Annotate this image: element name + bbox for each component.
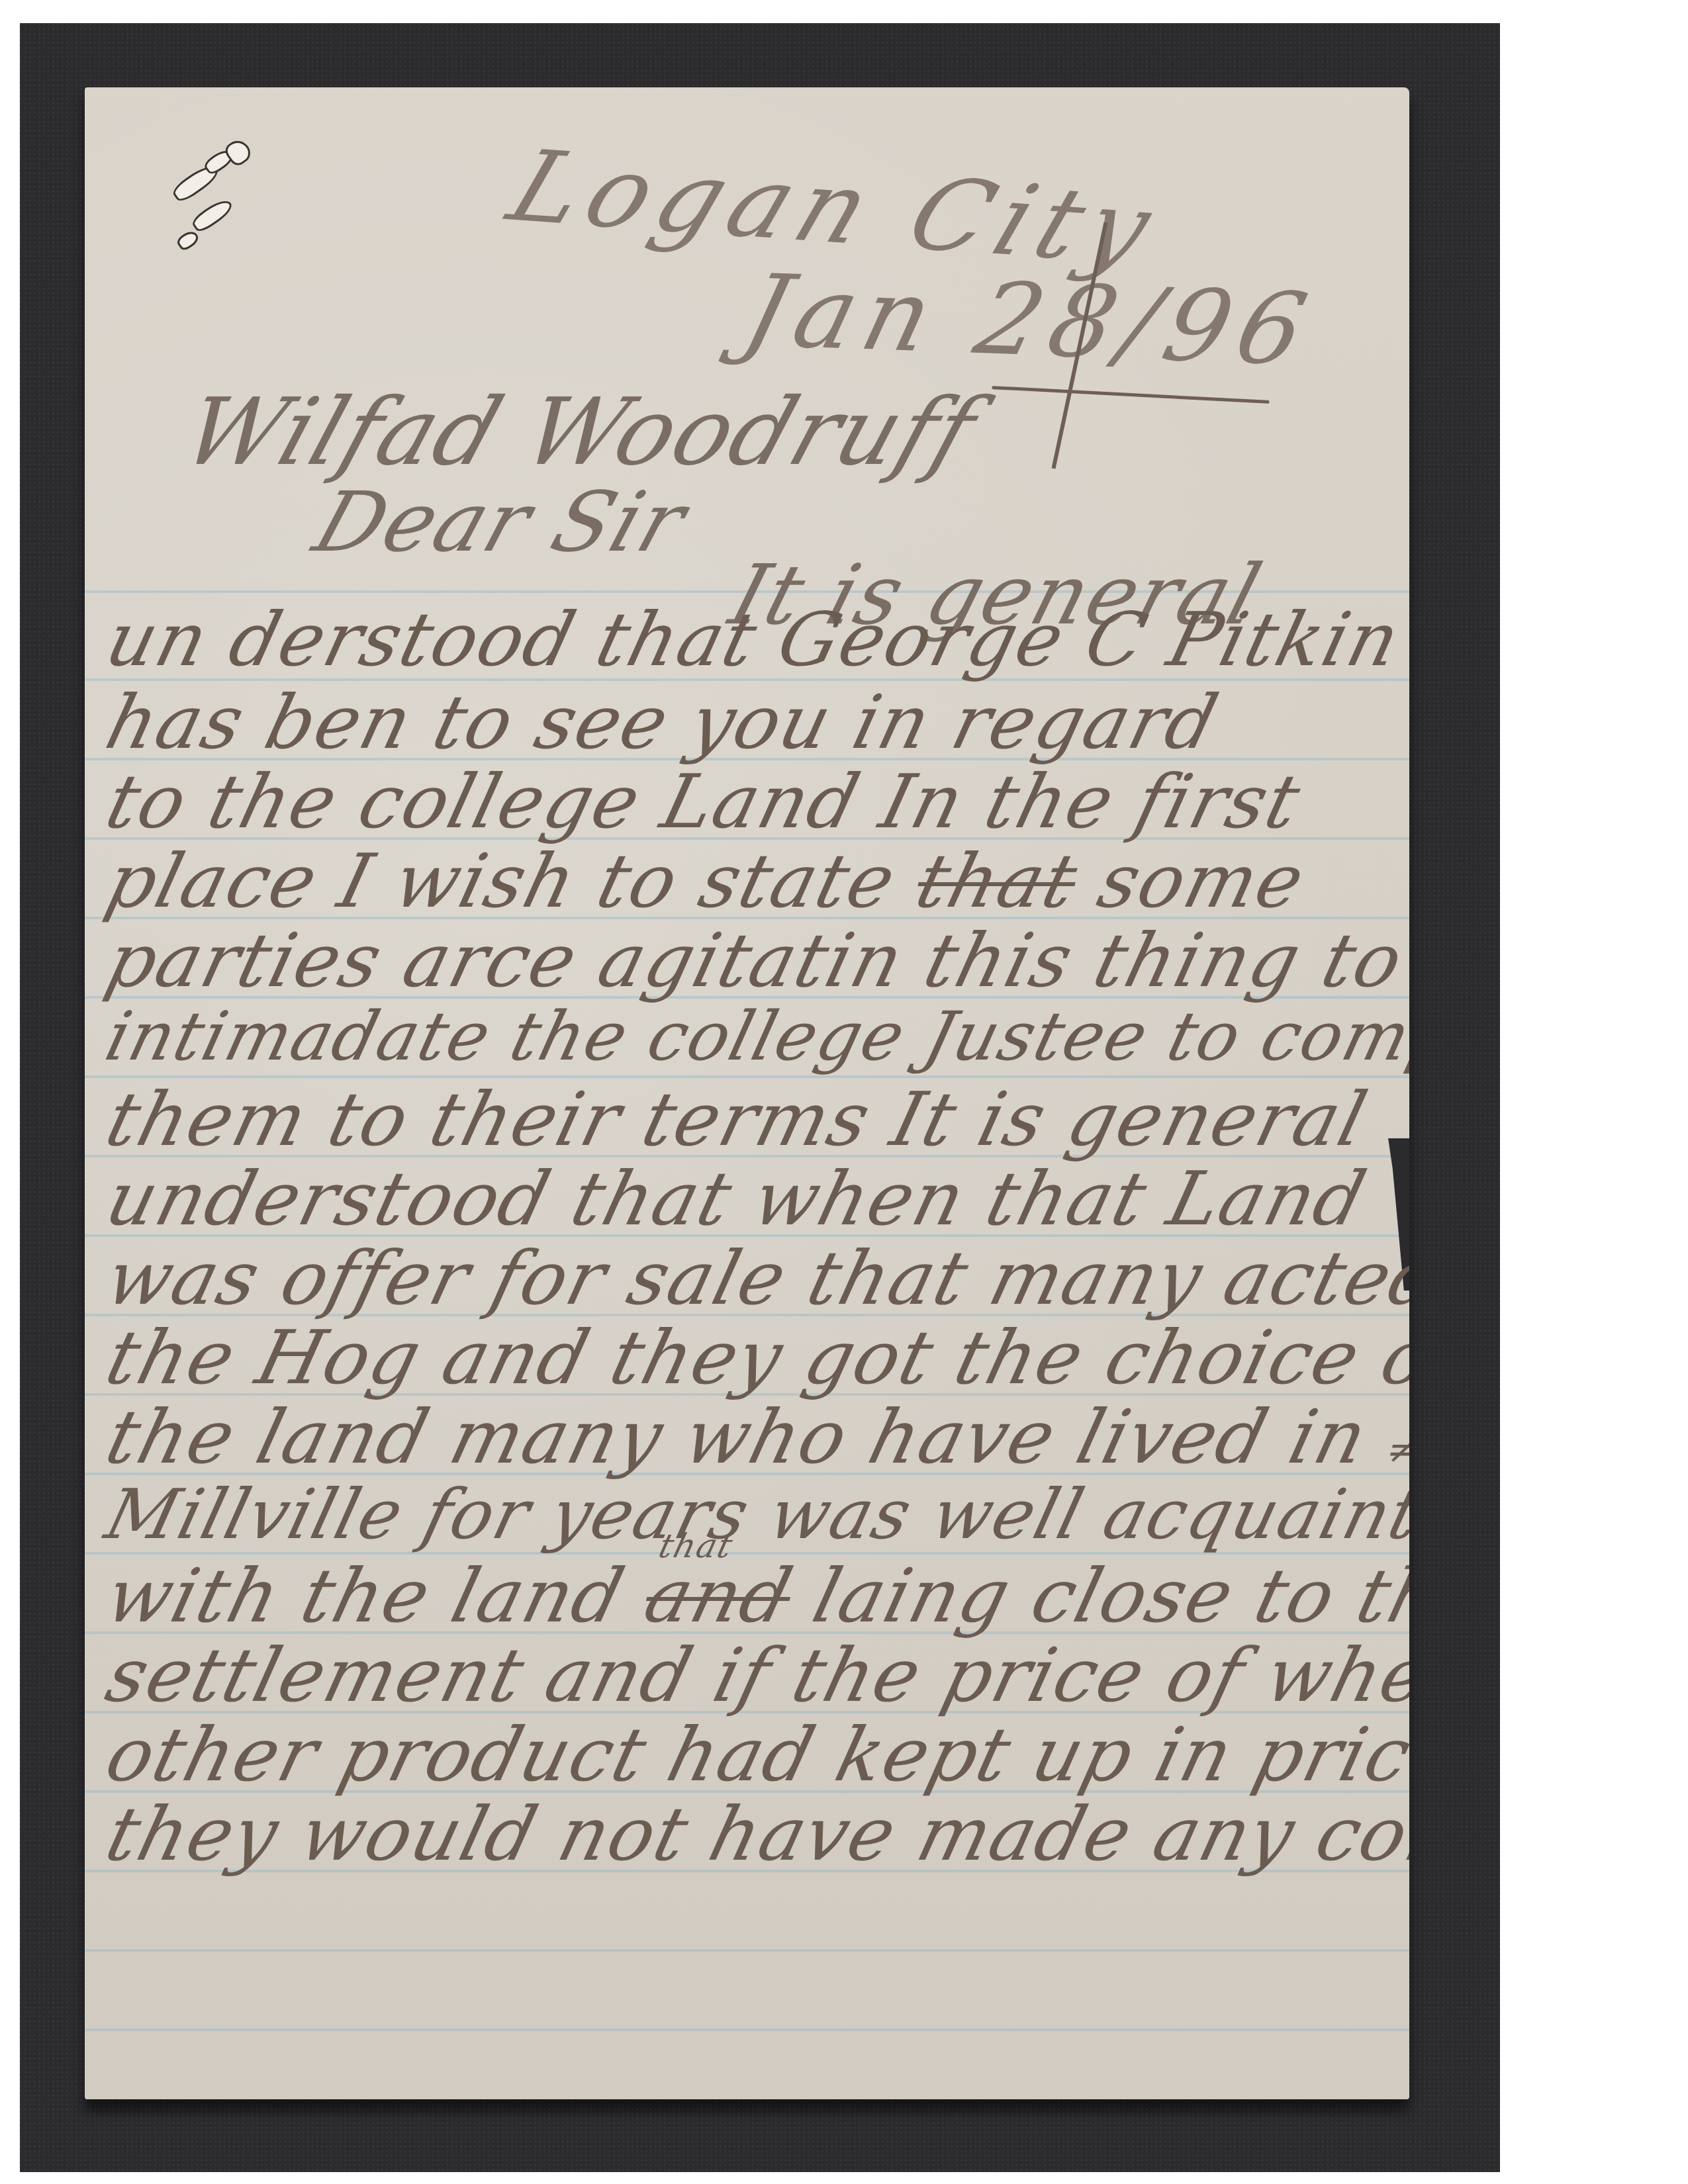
struck-word: that — [908, 839, 1086, 925]
salutation: Dear Sir — [303, 475, 698, 570]
line-18-text: with the land — [98, 1553, 633, 1639]
insertion-group: that and — [636, 1553, 826, 1639]
letter-line-15: the Hog and they got the choice of — [98, 1315, 1409, 1401]
ruled-line — [85, 1949, 1409, 1952]
letter-line-18: with the land that and laing close to th… — [98, 1553, 1409, 1639]
letter-line-19: settlement and if the price of wheat and — [98, 1633, 1409, 1719]
letter-line-8: to the college Land In the first — [98, 759, 1309, 845]
letter-line-6: un derstood that George C Pitkin — [98, 597, 1409, 683]
letter-line-21: they would not have made any complaints — [98, 1792, 1409, 1878]
letter-line-9: place I wish to state that some — [98, 839, 1313, 925]
letter-line-14: was offer for sale that many acted — [98, 1236, 1409, 1322]
date-underline — [992, 386, 1270, 404]
letter-line-10: parties arce agitatin this thing to — [98, 918, 1409, 1004]
letter-line-16: the land many who have lived in ≠ — [98, 1394, 1409, 1480]
line-16-text: the land many who have lived in — [98, 1394, 1376, 1480]
letter-line-12: them to their terms It is general — [98, 1077, 1376, 1163]
ruled-line — [85, 2028, 1409, 2031]
letter-line-11: intimadate the college Justee to compell — [98, 997, 1409, 1076]
punch-marks — [164, 127, 277, 259]
letter-line-20: other product had kept up in price — [98, 1712, 1409, 1798]
line-18-tail: laing close to their — [805, 1553, 1409, 1639]
letter-date: Jan 28/96 — [733, 253, 1326, 387]
letter-line-7: has ben to see you in regard — [98, 680, 1227, 766]
letter-line-13: understood that when that Land — [98, 1156, 1375, 1242]
margin-mark: ≠ — [1382, 1426, 1409, 1473]
line-9-text: place I wish to state — [98, 839, 905, 925]
inserted-word: that — [655, 1527, 737, 1565]
line-9-tail: some — [1090, 839, 1313, 925]
struck-word: and — [636, 1553, 801, 1639]
addressee: Wilfad Woodruff — [171, 379, 990, 486]
letter-line-17: Millville for years was well acquainted — [98, 1474, 1409, 1555]
letter-page: Logan City Jan 28/96 Wilfad Woodruff Dea… — [85, 87, 1409, 2099]
